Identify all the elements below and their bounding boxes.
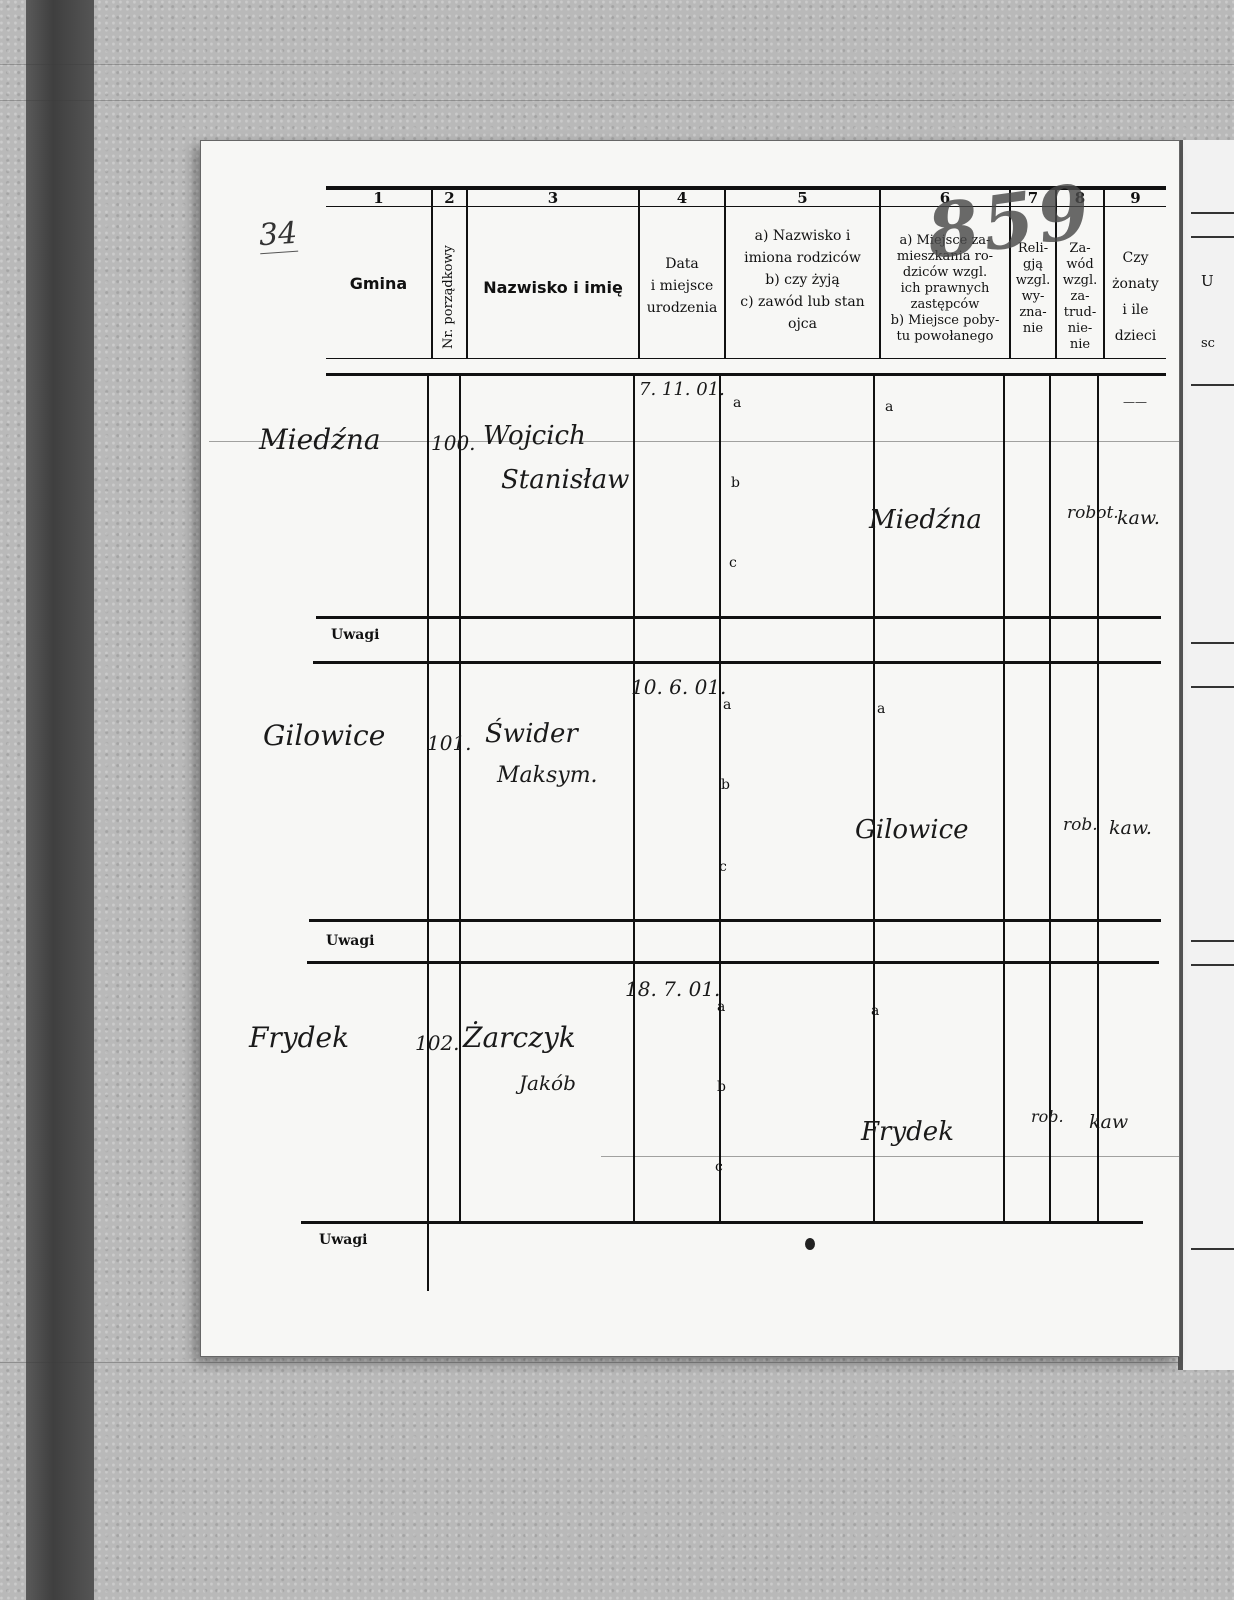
column-number: 3 [468,189,638,207]
entry-given-name: Maksym. [497,763,598,788]
entry-surname: Świder [485,719,578,749]
header-nr-porzadkowy: Nr. porządkowy [441,245,456,349]
sub-label-a: a [885,399,893,415]
sub-label-c: c [715,1159,723,1175]
header-thick-rule [326,373,1166,376]
column-number: 5 [726,189,879,207]
header-bottom-rule [326,358,1166,359]
entry-surname: Żarczyk [463,1021,576,1054]
entry-occupation: rob. [1063,815,1098,835]
entry-residence: Frydek [861,1117,954,1147]
entry-occupation: rob. [1031,1107,1064,1126]
header-zonaty: Czy żonaty i ile dzieci [1105,245,1166,349]
entry-gmina: Miedźna [259,423,381,456]
entry-birth-date: 18. 7. 01. [625,977,720,1001]
remarks-label: Uwagi [319,1232,367,1248]
entry-nr: 100. [431,431,476,455]
background-rule [0,1362,1234,1363]
background-rule [0,64,1234,65]
gmina-divider [427,373,429,1291]
column-number: 2 [433,189,466,207]
entry-birth-date: 10. 6. 01. [631,675,726,699]
sub-label-c: c [729,555,737,571]
header-rodzice: a) Nazwisko i imiona rodziców b) czy żyj… [726,225,879,335]
entry-residence: Gilowice [855,815,969,845]
sub-label-b: b [721,777,730,793]
sub-label-c: c [719,859,727,875]
entry-gmina: Gilowice [263,719,385,752]
adjacent-page-text: U [1201,272,1214,290]
entry-nr: 101. [427,731,472,755]
entry-residence: Miedźna [869,505,982,535]
sub-label-a: a [733,395,741,411]
ink-blot [805,1238,815,1250]
entry-gmina: Frydek [249,1021,349,1054]
entry-children: —— [1123,395,1147,409]
entry-surname: Wojcich [483,421,586,451]
entry-birth-date: 7. 11. 01. [639,379,725,400]
sub-label-b: b [717,1079,726,1095]
column-number: 9 [1105,189,1166,207]
remarks-label: Uwagi [331,627,379,643]
column-number: 1 [326,189,431,207]
register-sheet: 34 1 2 3 4 5 6 7 8 9 Gmina Nr. porządkow… [200,140,1180,1357]
binding-strip [26,0,94,1600]
sub-label-a: a [723,697,731,713]
sub-label-b: b [731,475,740,491]
adjacent-page-text: sc [1201,336,1215,351]
background-rule [0,100,1234,101]
entry-marital: kaw. [1109,817,1152,839]
sub-label-a: a [877,701,885,717]
adjacent-page: U sc [1178,140,1234,1370]
header-gmina: Gmina [326,273,431,295]
page-number: 34 [258,216,299,255]
sub-label-a: a [717,999,725,1015]
entry-nr: 102. [415,1031,460,1055]
header-data-urodzenia: Data i miejsce urodzenia [640,253,724,319]
entry-given-name: Stanisław [501,465,629,495]
entry-given-name: Jakób [519,1071,576,1095]
entry-occupation: robot. [1067,503,1119,523]
column-number: 4 [640,189,724,207]
remarks-label: Uwagi [326,933,374,949]
entry-marital: kaw [1089,1111,1128,1133]
entry-marital: kaw. [1117,507,1160,529]
sub-label-a: a [871,1003,879,1019]
header-nazwisko-imie: Nazwisko i imię [468,277,638,299]
